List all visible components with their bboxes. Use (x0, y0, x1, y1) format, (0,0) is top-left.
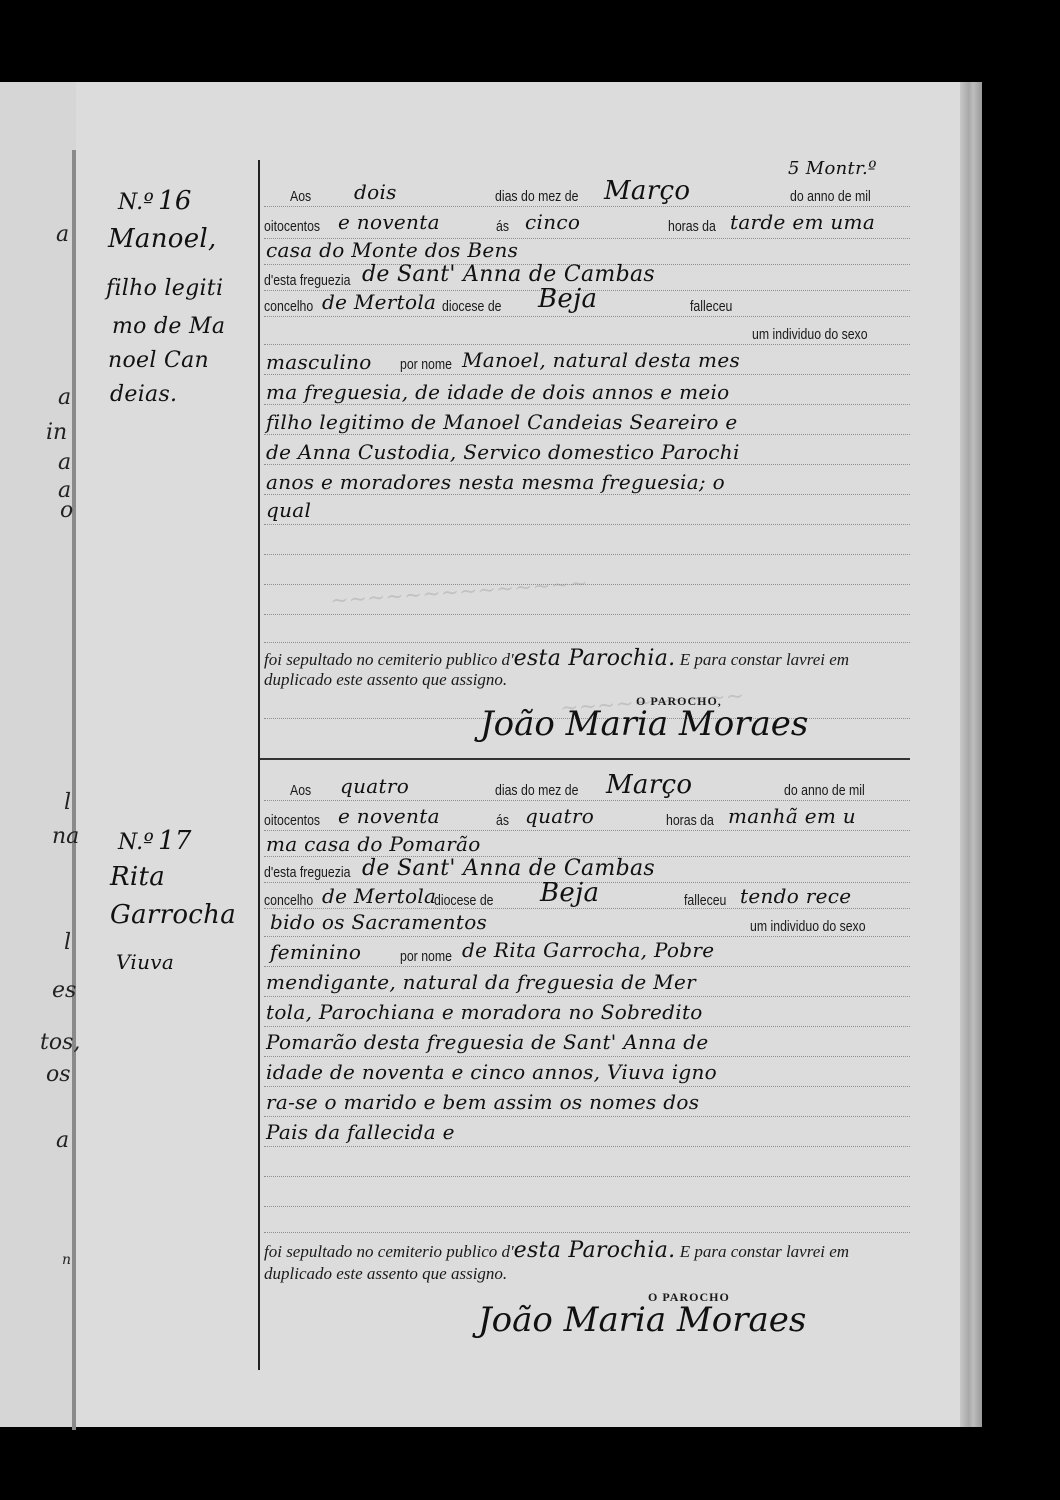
day-field: quatro (340, 774, 409, 798)
printed-text: dias do mez de (495, 782, 578, 799)
body-line: ra-se o marido e bem assim os nomes dos (266, 1090, 699, 1114)
ruled-line (264, 830, 910, 831)
ruled-line (264, 1086, 910, 1087)
number-label: N.º (118, 190, 154, 215)
body-line: mendigante, natural da freguesia de Mer (266, 970, 696, 994)
ruled-line (264, 554, 910, 555)
left-page-fragment: a (56, 222, 69, 247)
signature: João Maria Moraes (478, 1300, 806, 1340)
place-field: casa do Monte dos Bens (266, 238, 518, 262)
printed-text: um individuo do sexo (750, 918, 866, 935)
cemetery-field: esta Parochia. (514, 1238, 676, 1263)
printed-text: horas da (668, 218, 716, 235)
printed-text: Aos (290, 782, 311, 799)
left-page-fragment: l (64, 930, 71, 955)
entry-number: N.º 16 (118, 186, 192, 216)
municipality-field: de Mertola (322, 290, 436, 314)
body-line: qual (266, 498, 311, 522)
ruled-line (264, 1206, 910, 1207)
ruled-line (264, 206, 910, 207)
printed-text: horas da (666, 812, 714, 829)
margin-name-line: mo de Ma (112, 314, 225, 339)
body-line: anos e moradores nesta mesma freguesia; … (266, 470, 725, 494)
printed-text: por nome (400, 356, 452, 373)
ruled-line (264, 1026, 910, 1027)
printed-text: d'esta freguezia (264, 272, 350, 289)
body-line: idade de noventa e cinco annos, Viuva ig… (266, 1060, 717, 1084)
ruled-line (264, 642, 910, 643)
printed-text: E para constar lavrei em (680, 650, 849, 669)
diocese-field: Beja (540, 878, 599, 908)
left-page-fragment: l (64, 790, 71, 815)
ruled-line (264, 1116, 910, 1117)
left-page-fragment: a (58, 385, 71, 410)
margin-name-line: deias. (110, 382, 177, 407)
entry-separator (260, 758, 910, 760)
printed-text: ás (496, 812, 509, 829)
entry-number: N.º 17 (118, 826, 192, 856)
top-right-note: 5 Montr.º (788, 158, 877, 179)
printed-text: do anno de mil (784, 782, 865, 799)
sex-field: feminino (270, 940, 361, 964)
falleceu-note: tendo rece (740, 884, 851, 908)
number-value: 16 (158, 186, 192, 216)
printed-text: diocese de (442, 298, 502, 315)
left-page-fragment: na (52, 824, 79, 849)
ruled-line (264, 1146, 910, 1147)
ruled-line (264, 494, 910, 495)
body-line: filho legitimo de Manoel Candeias Searei… (266, 410, 738, 434)
burial-line: foi sepultado no cemiterio publico d'est… (264, 1238, 849, 1263)
ruled-line (264, 434, 910, 435)
printed-text: do anno de mil (790, 188, 871, 205)
ruled-line (264, 316, 910, 317)
margin-name-line: Rita (110, 862, 165, 892)
margin-name-line: Manoel, (108, 224, 217, 254)
printed-text: falleceu (690, 298, 732, 315)
year-field: e noventa (338, 210, 440, 234)
ruled-line (264, 344, 910, 345)
printed-text: concelho (264, 298, 313, 315)
ruled-line (264, 996, 910, 997)
name-field: de Rita Garrocha, Pobre (462, 938, 714, 962)
body-line: Pais da fallecida e (266, 1120, 455, 1144)
margin-name-line: noel Can (108, 348, 209, 373)
sex-field: masculino (266, 350, 372, 374)
printed-text: dias do mez de (495, 188, 578, 205)
body-line: Pomarão desta freguesia de Sant' Anna de (266, 1030, 708, 1054)
ruled-line (264, 1176, 910, 1177)
body-line: de Anna Custodia, Servico domestico Paro… (266, 440, 740, 464)
margin-name-line: filho legiti (106, 276, 223, 301)
printed-text: Aos (290, 188, 311, 205)
ruled-line (264, 464, 910, 465)
number-value: 17 (158, 826, 192, 856)
printed-text: oitocentos (264, 812, 320, 829)
municipality-field: de Mertola (322, 884, 436, 908)
printed-text: E para constar lavrei em (680, 1242, 849, 1261)
margin-name-line: Garrocha (110, 900, 236, 930)
ruled-line (264, 936, 910, 937)
left-page-fragment: es (52, 978, 76, 1003)
burial-line: foi sepultado no cemiterio publico d'est… (264, 646, 849, 671)
place-field: ma casa do Pomarão (266, 832, 481, 856)
body-line: ma freguesia, de idade de dois annos e m… (266, 380, 730, 404)
left-page-fragment: tos, (40, 1030, 80, 1055)
ruled-line (264, 966, 910, 967)
ruled-line (264, 614, 910, 615)
left-page-fragment: o (60, 498, 73, 523)
ruled-line (264, 524, 910, 525)
ruled-line (264, 374, 910, 375)
left-page-fragment: in (46, 420, 67, 445)
printed-text: oitocentos (264, 218, 320, 235)
month-field: Março (606, 770, 692, 800)
left-page-fragment: a (58, 450, 71, 475)
printed-text: duplicado este assento que assigno. (264, 670, 507, 690)
hour-field: cinco (525, 210, 580, 234)
parish-field: de Sant' Anna de Cambas (362, 856, 655, 881)
page-stack-edge (960, 82, 982, 1427)
number-label: N.º (118, 830, 154, 855)
ruled-line (264, 908, 910, 909)
printed-text: ás (496, 218, 509, 235)
margin-name-line: Viuva (116, 950, 174, 974)
left-page-fragment: a (56, 1128, 69, 1153)
day-field: dois (354, 180, 397, 204)
ruled-line (264, 800, 910, 801)
signature: João Maria Moraes (480, 704, 808, 744)
ruled-line (264, 1232, 910, 1233)
left-page-edge (0, 82, 76, 1427)
month-field: Março (604, 176, 690, 206)
ruled-line (264, 1056, 910, 1057)
printed-text: foi sepultado no cemiterio publico d' (264, 1242, 514, 1261)
ruled-line (264, 404, 910, 405)
printed-text: por nome (400, 948, 452, 965)
printed-text: falleceu (684, 892, 726, 909)
period-field: tarde em uma (730, 210, 875, 234)
printed-text: um individuo do sexo (752, 326, 868, 343)
printed-text: d'esta freguezia (264, 864, 350, 881)
left-page-fragment: n (62, 1252, 71, 1268)
printed-text: diocese de (434, 892, 494, 909)
margin-rule (258, 160, 260, 1370)
body-line: tola, Parochiana e moradora no Sobredito (266, 1000, 703, 1024)
cemetery-field: esta Parochia. (514, 646, 676, 671)
period-field: manhã em u (728, 804, 856, 828)
hour-field: quatro (525, 804, 594, 828)
ruled-line (264, 584, 910, 585)
printed-text: foi sepultado no cemiterio publico d' (264, 650, 514, 669)
left-page-fragment: os (46, 1062, 71, 1087)
name-field: Manoel, natural desta mes (462, 348, 740, 372)
printed-text: concelho (264, 892, 313, 909)
sacraments-field: bido os Sacramentos (270, 910, 487, 934)
diocese-field: Beja (538, 284, 597, 314)
year-field: e noventa (338, 804, 440, 828)
printed-text: duplicado este assento que assigno. (264, 1264, 507, 1284)
parish-field: de Sant' Anna de Cambas (362, 262, 655, 287)
